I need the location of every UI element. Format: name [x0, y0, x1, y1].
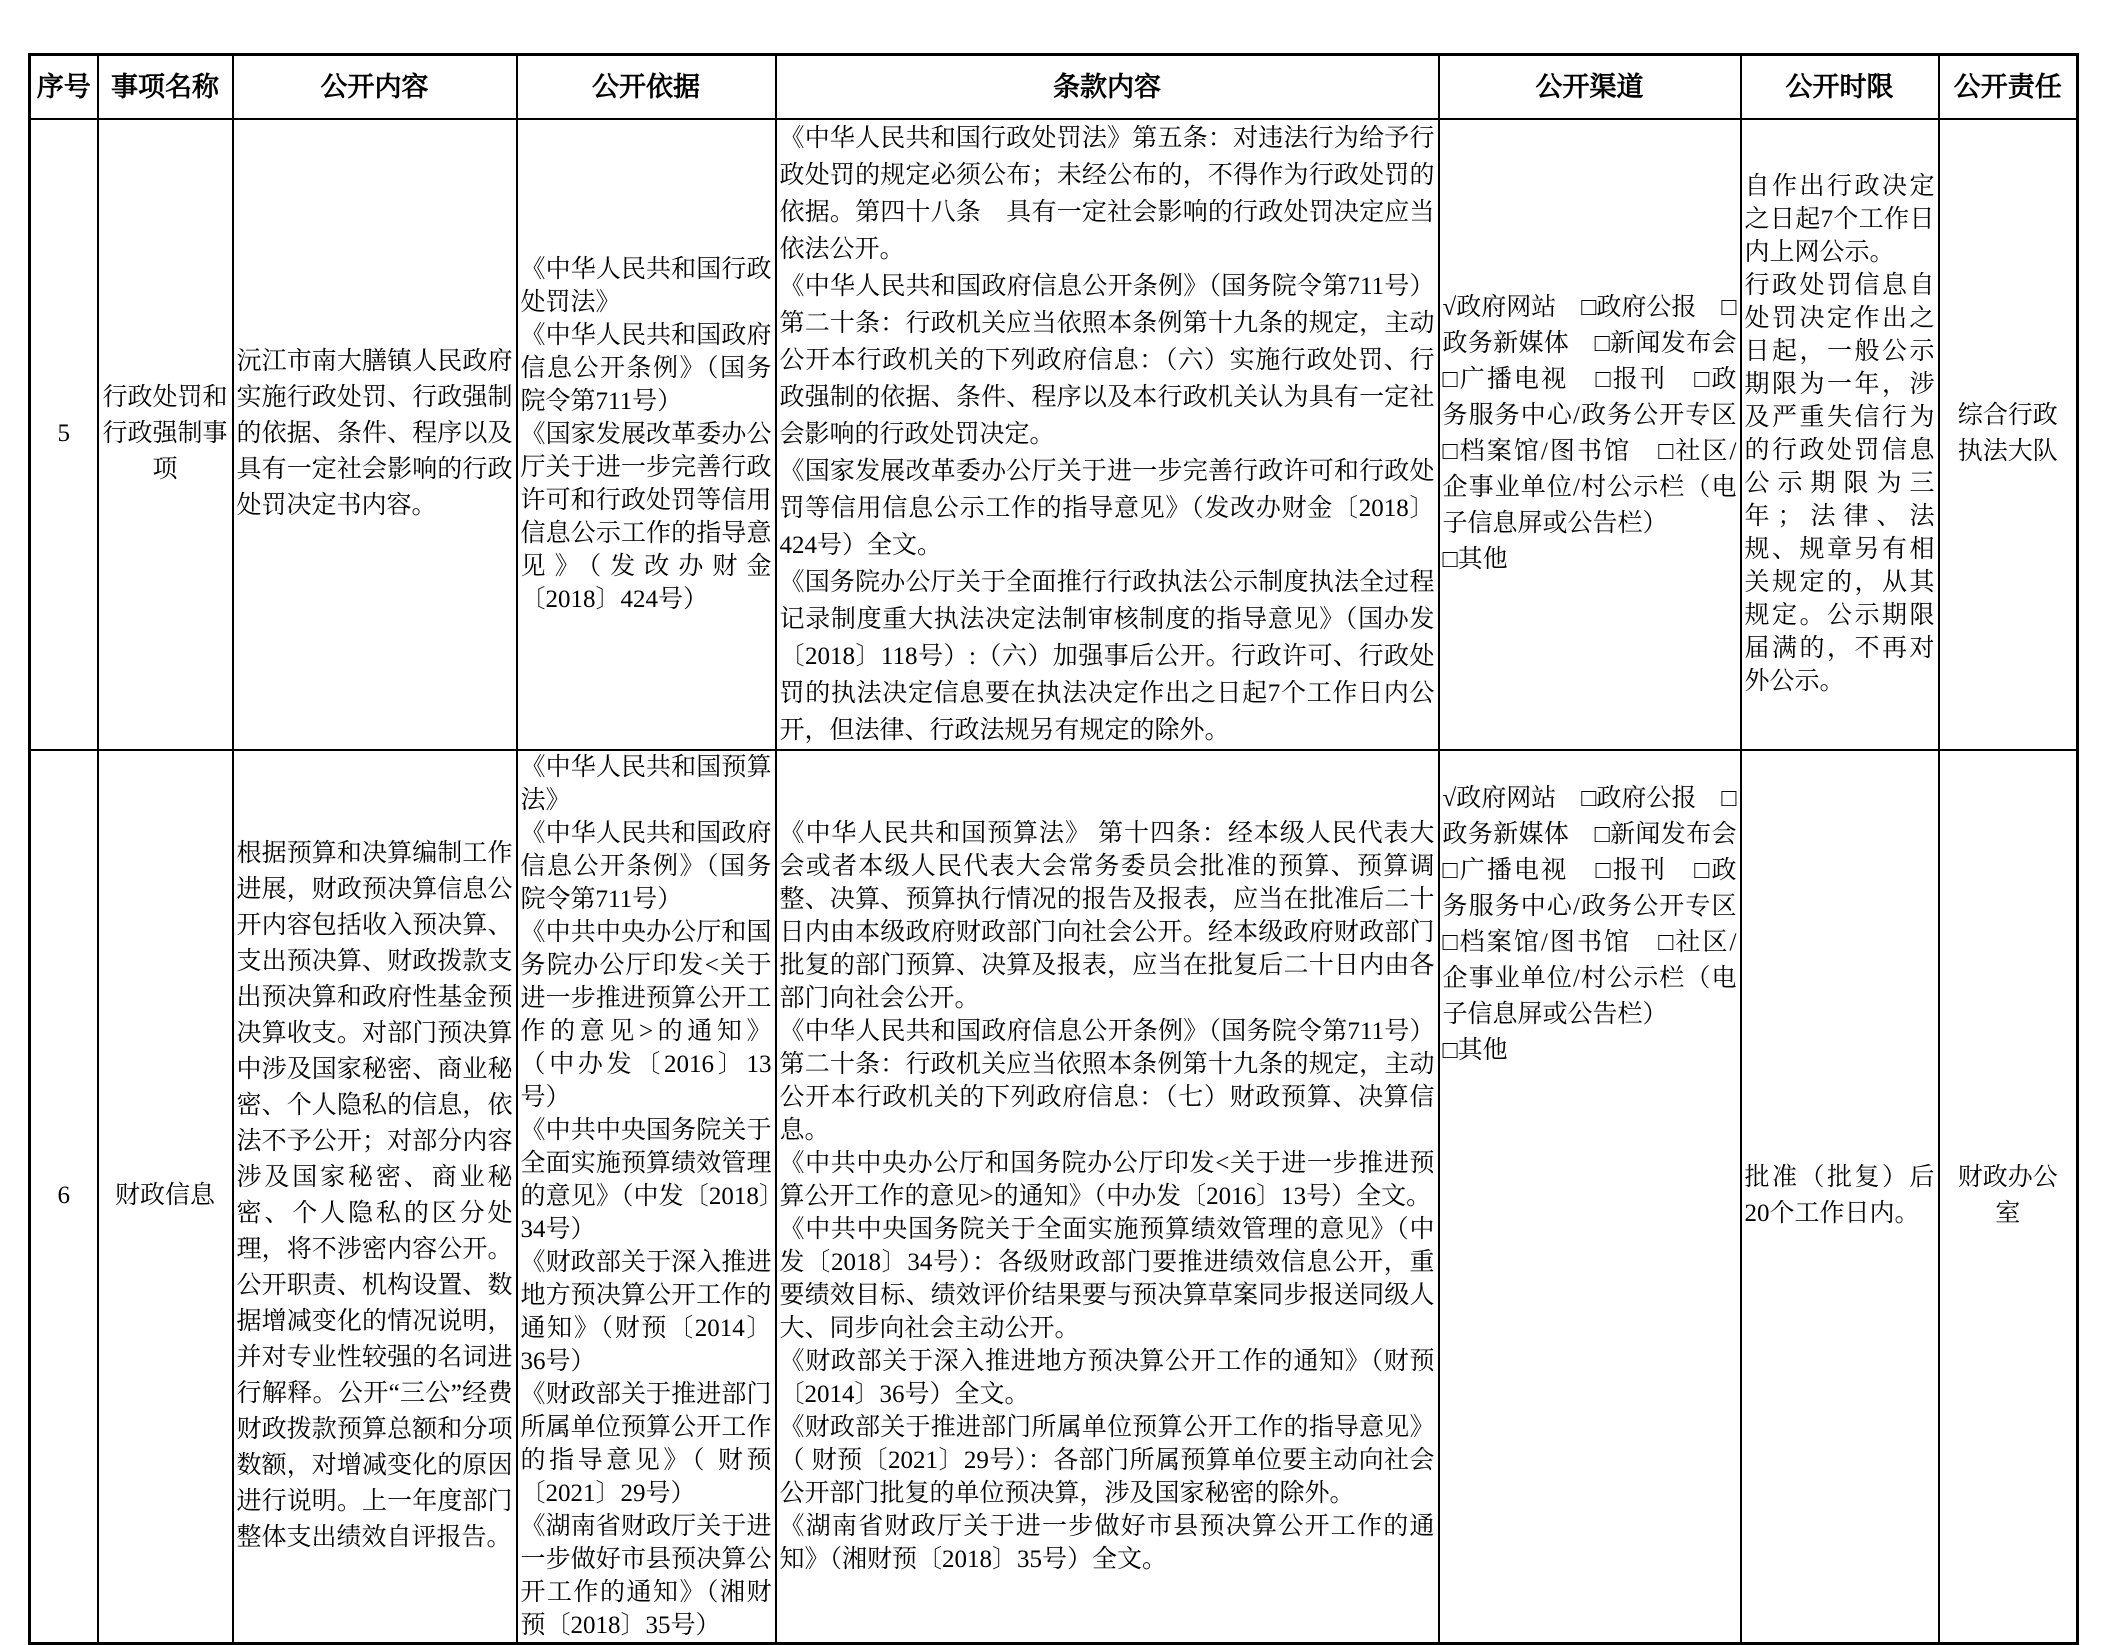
header-item-name: 事项名称 — [98, 55, 233, 119]
cell-time-limit: 自作出行政决定之日起7个工作日内上网公示。 行政处罚信息自处罚决定作出之日起，一… — [1741, 119, 1939, 750]
header-time-limit: 公开时限 — [1741, 55, 1939, 119]
header-content: 公开内容 — [233, 55, 517, 119]
header-channels: 公开渠道 — [1439, 55, 1741, 119]
cell-channels: √政府网站 □政府公报 □政务新媒体 □新闻发布会 □广播电视 □报刊 □政务服… — [1439, 119, 1741, 750]
cell-clauses: 《中华人民共和国行政处罚法》第五条：对违法行为给予行政处罚的规定必须公布；未经公… — [776, 119, 1439, 750]
cell-seq: 6 — [30, 750, 98, 1488]
header-basis: 公开依据 — [517, 55, 776, 119]
cell-item-name: 行政处罚和行政强制事项 — [98, 119, 233, 750]
header-clauses: 条款内容 — [776, 55, 1439, 119]
table-row-5: 5 行政处罚和行政强制事项 沅江市南大膳镇人民政府实施行政处罚、行政强制的依据、… — [30, 119, 2078, 750]
cell-item-name: 财政信息 — [98, 750, 233, 1488]
cell-content: 根据预算和决算编制工作进展，财政预决算信息公开内容包括收入预决算、支出预决算、财… — [233, 750, 517, 1488]
cell-time-limit: 批准（批复）后20个工作日内。 — [1741, 750, 1939, 1488]
disclosure-items-table: 序号 事项名称 公开内容 公开依据 条款内容 公开渠道 公开时限 公开责任 5 … — [28, 53, 2079, 1487]
cell-clauses: 《中华人民共和国预算法》 第十四条：经本级人民代表大会或者本级人民代表大会常务委… — [776, 750, 1439, 1488]
header-responsibility: 公开责任 — [1939, 55, 2078, 119]
table-row-6: 6 财政信息 根据预算和决算编制工作进展，财政预决算信息公开内容包括收入预决算、… — [30, 750, 2078, 1488]
cell-channels: √政府网站 □政府公报 □政务新媒体 □新闻发布会 □广播电视 □报刊 □政务服… — [1439, 750, 1741, 1488]
header-row: 序号 事项名称 公开内容 公开依据 条款内容 公开渠道 公开时限 公开责任 — [30, 55, 2078, 119]
header-seq: 序号 — [30, 55, 98, 119]
cell-seq: 5 — [30, 119, 98, 750]
cell-responsibility: 综合行政执法大队 — [1939, 119, 2078, 750]
cell-responsibility: 财政办公室 — [1939, 750, 2078, 1488]
cell-content: 沅江市南大膳镇人民政府实施行政处罚、行政强制的依据、条件、程序以及具有一定社会影… — [233, 119, 517, 750]
cell-basis: 《中华人民共和国行政处罚法》 《中华人民共和国政府信息公开条例》（国务院令第71… — [517, 119, 776, 750]
cell-basis: 《中华人民共和国预算法》 《中华人民共和国政府信息公开条例》（国务院令第711号… — [517, 750, 776, 1488]
